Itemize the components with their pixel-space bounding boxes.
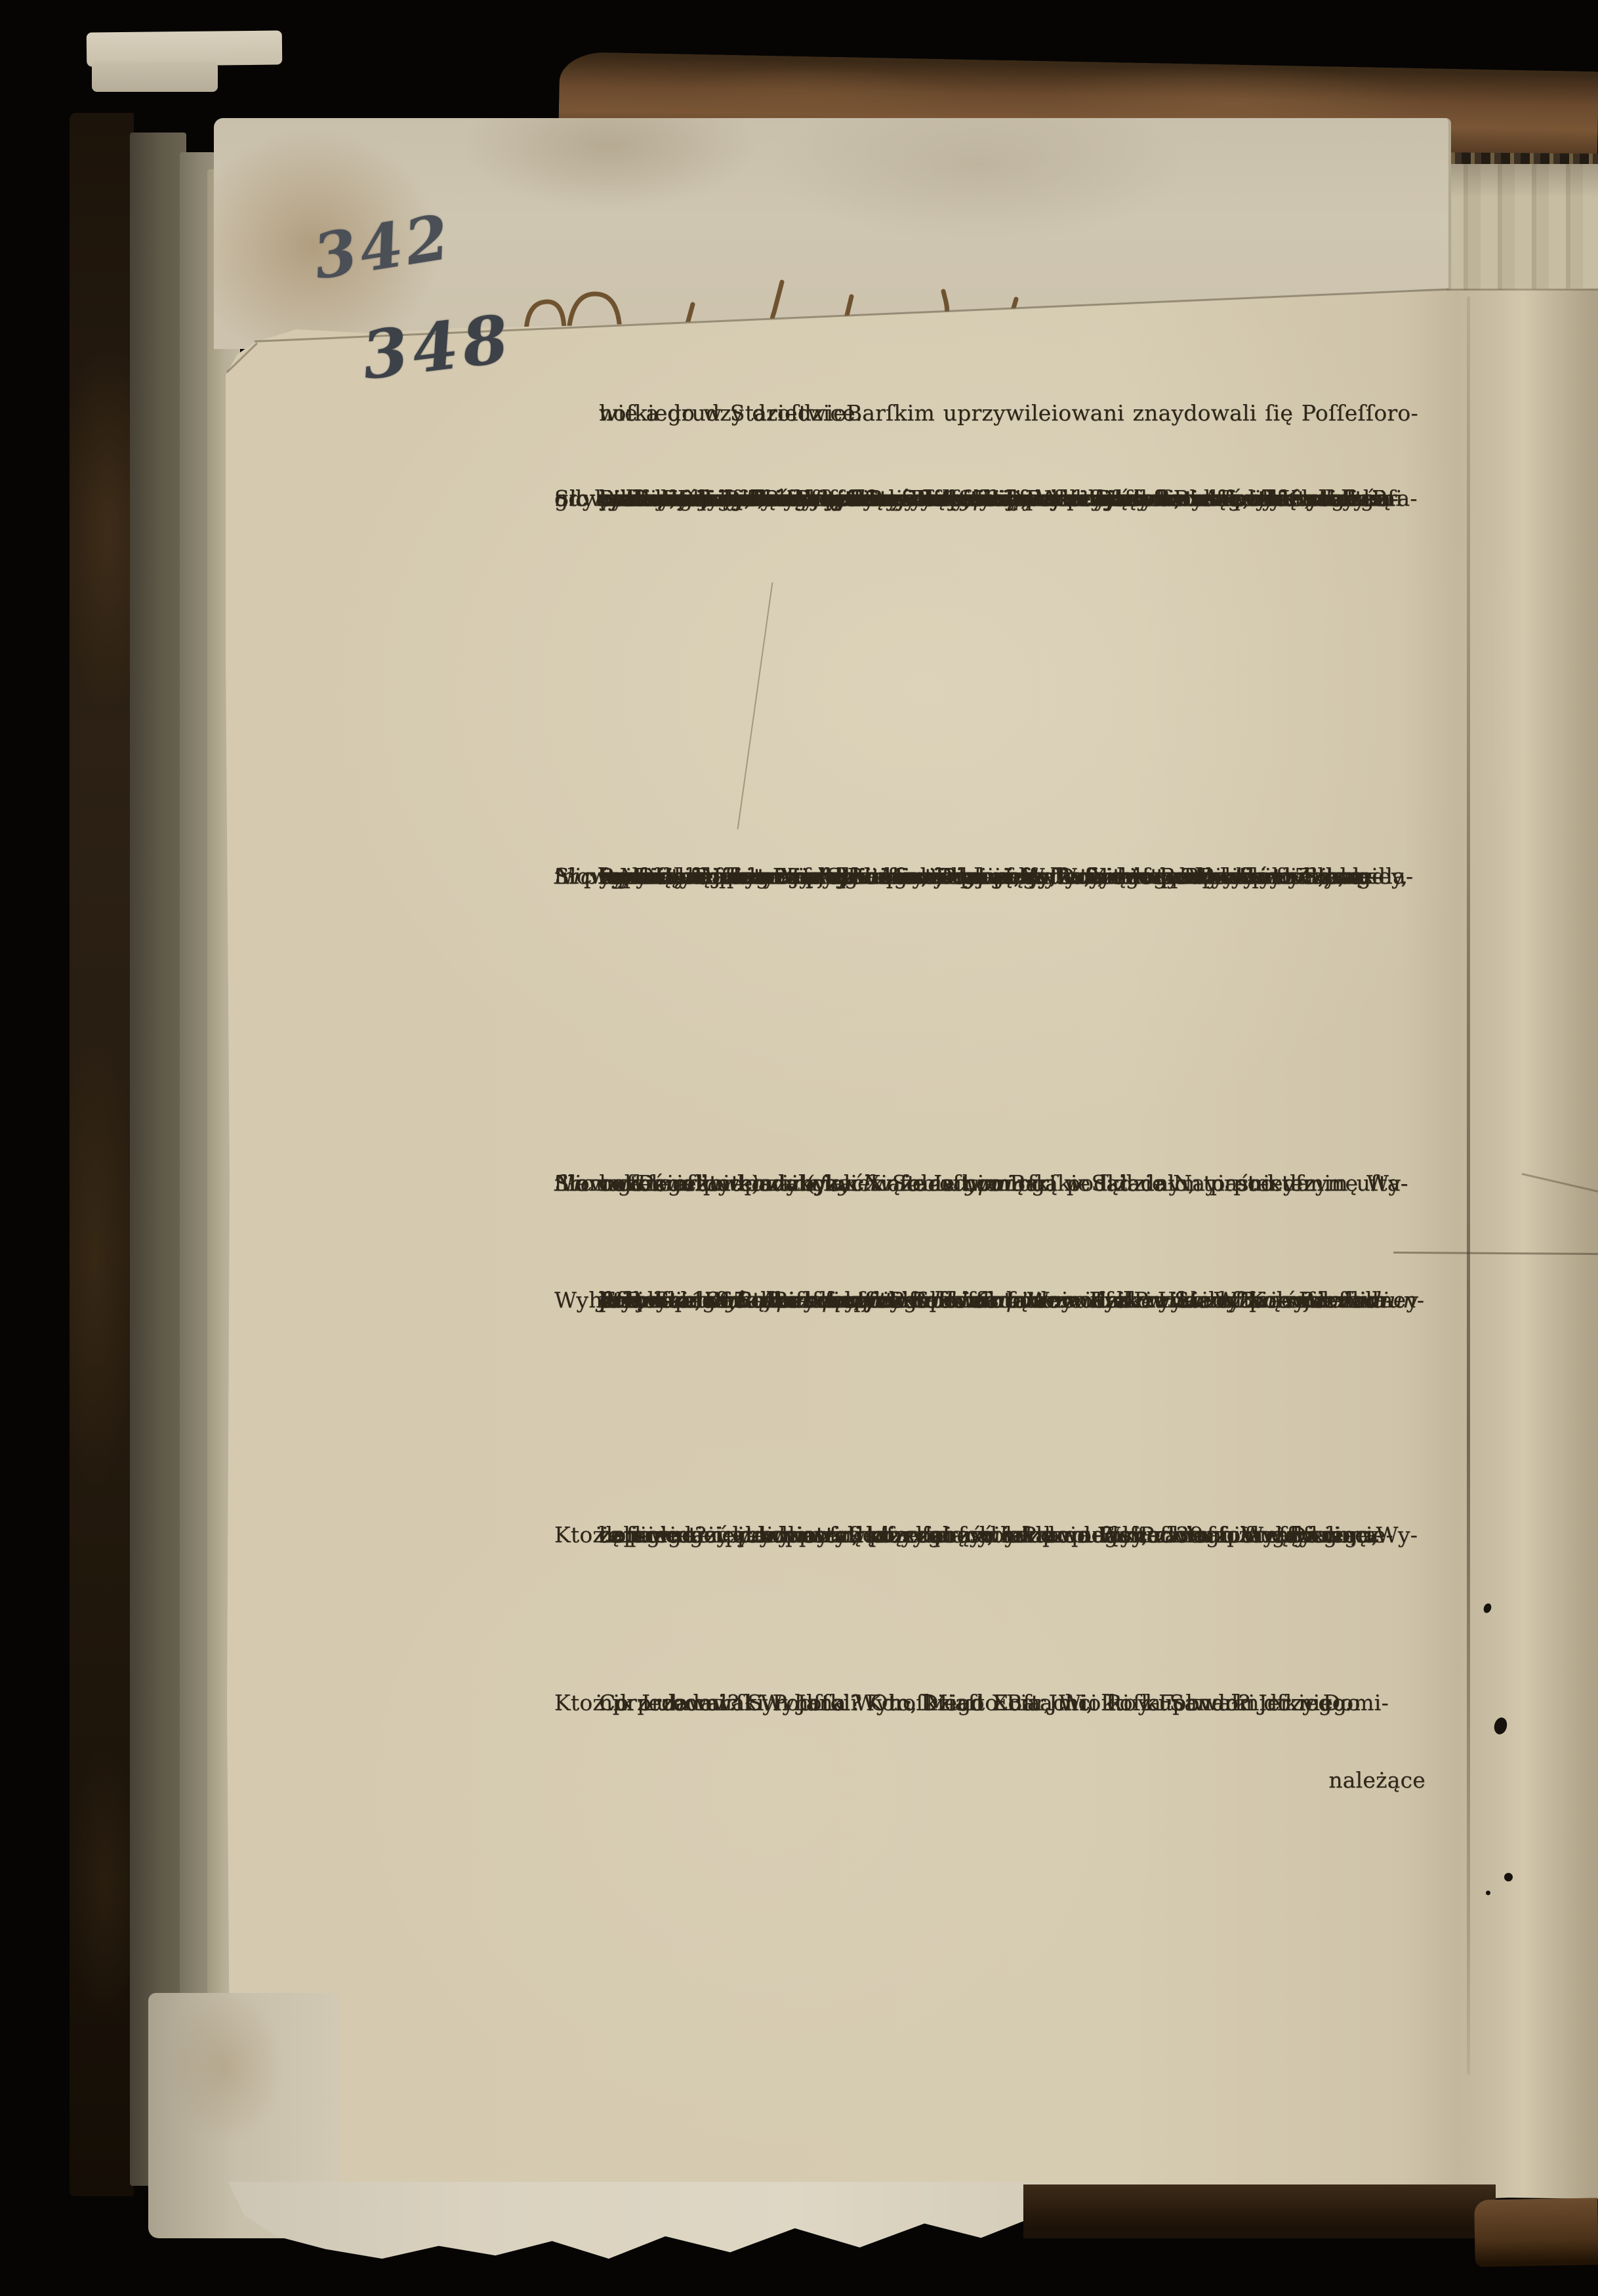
ink-spot — [1504, 1873, 1513, 1881]
text-line: wie a drudzy dziedzice. — [554, 400, 599, 426]
text-line: Prawo, a nie innych. — [554, 485, 599, 511]
ink-spot — [1486, 1891, 1490, 1895]
shadow-under-bottom-edge — [1023, 2184, 1496, 2238]
text-line: ctis, nec non cum advocatiis damus etc. — [554, 1287, 599, 1313]
page-top-edge-shadow-right — [1446, 289, 1598, 291]
catchword: należące — [1328, 1767, 1425, 1793]
printed-text-block: należące hoſkiego w StaroſtwieBarſkim up… — [554, 0, 1428, 2296]
book-cover-left-edge — [70, 113, 134, 2196]
text-line: tę przedaży y kupna między ſobą w lat po… — [554, 1522, 599, 1548]
text-line: cypuiąc. — [554, 863, 599, 889]
scan-root: 342 348 należące hoſkiego w StaroſtwieBa… — [0, 0, 1598, 2296]
text-line: nowić uſiłuie ) zamykać w ſobie niemogą … — [554, 1170, 599, 1196]
leather-spine-bottom — [1474, 2198, 1598, 2266]
vertical-crease — [1467, 297, 1470, 2074]
text-line: Co przedawał Wyhoſki? Oto, Miaſto Bar, W… — [554, 1690, 599, 1715]
page-edge-top-left-2 — [92, 62, 218, 92]
page-edges-left-dark — [130, 133, 186, 2186]
